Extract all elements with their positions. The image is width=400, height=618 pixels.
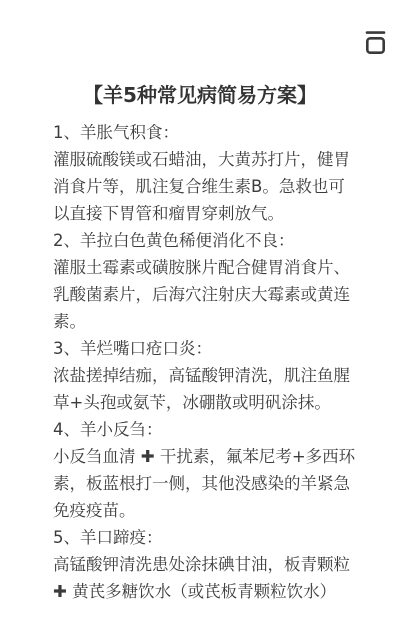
section-5-body: 高锰酸钾清洗患处涂抹碘甘油，板青颗粒 ✚ 黄芪多糖饮水（或芪板青颗粒饮水） — [53, 551, 359, 605]
section-2-heading: 2、羊拉白色黄色稀便消化不良： — [53, 227, 359, 254]
section-4: 4、羊小反刍： 小反刍血清 ✚ 干扰素，氟苯尼考+多西环素，板蓝根打一侧，其他没… — [53, 416, 359, 524]
section-2: 2、羊拉白色黄色稀便消化不良： 灌服土霉素或磺胺脒片配合健胃消食片、乳酸菌素片，… — [53, 227, 359, 335]
page-title: 【羊5种常见病简易方案】 — [0, 82, 400, 108]
section-3: 3、羊烂嘴口疮口炎： 浓盐搓掉结痂，高锰酸钾清洗，肌注鱼腥草+头孢或氨苄，冰硼散… — [53, 335, 359, 416]
album-icon — [364, 30, 387, 55]
section-5: 5、羊口蹄疫： 高锰酸钾清洗患处涂抹碘甘油，板青颗粒 ✚ 黄芪多糖饮水（或芪板青… — [53, 524, 359, 605]
section-4-body: 小反刍血清 ✚ 干扰素，氟苯尼考+多西环素，板蓝根打一侧，其他没感染的羊紧急免疫… — [53, 443, 359, 524]
content: 1、羊胀气积食： 灌服硫酸镁或石蜡油，大黄苏打片，健胃消食片等，肌注复合维生素B… — [53, 119, 359, 605]
section-1-body: 灌服硫酸镁或石蜡油，大黄苏打片，健胃消食片等，肌注复合维生素B。急救也可以直接下… — [53, 146, 359, 227]
section-4-heading: 4、羊小反刍： — [53, 416, 359, 443]
section-3-heading: 3、羊烂嘴口疮口炎： — [53, 335, 359, 362]
section-5-heading: 5、羊口蹄疫： — [53, 524, 359, 551]
note-page: 【羊5种常见病简易方案】 1、羊胀气积食： 灌服硫酸镁或石蜡油，大黄苏打片，健胃… — [0, 0, 400, 618]
album-button[interactable] — [363, 29, 387, 55]
section-2-body: 灌服土霉素或磺胺脒片配合健胃消食片、乳酸菌素片，后海穴注射庆大霉素或黄连素。 — [53, 254, 359, 335]
section-1: 1、羊胀气积食： 灌服硫酸镁或石蜡油，大黄苏打片，健胃消食片等，肌注复合维生素B… — [53, 119, 359, 227]
section-1-heading: 1、羊胀气积食： — [53, 119, 359, 146]
section-3-body: 浓盐搓掉结痂，高锰酸钾清洗，肌注鱼腥草+头孢或氨苄，冰硼散或明矾涂抹。 — [53, 362, 359, 416]
